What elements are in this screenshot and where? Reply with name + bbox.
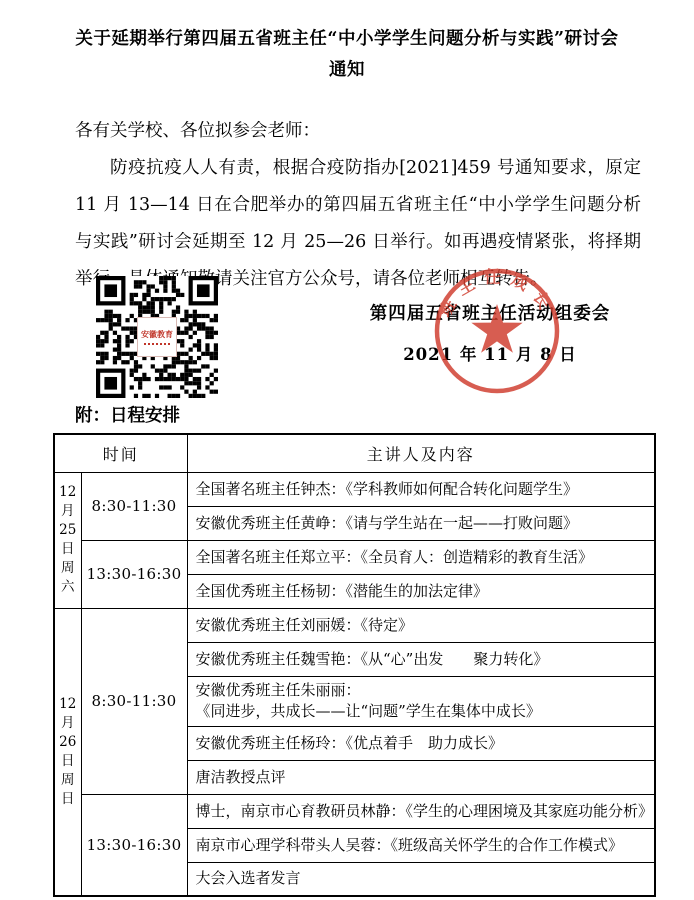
schedule-content-cell: 唐洁教授点评 <box>187 760 655 794</box>
schedule-content-cell: 全国著名班主任钟杰：《学科教师如何配合转化问题学生》 <box>187 472 655 506</box>
schedule-content-cell: 安徽优秀班主任魏雪艳：《从“心”出发 聚力转化》 <box>187 642 655 676</box>
attachment-heading: 附：日程安排 <box>75 402 180 427</box>
schedule-content-cell: 安徽优秀班主任刘丽媛：《待定》 <box>187 608 655 642</box>
schedule-time-cell: 8:30-11:30 <box>81 608 187 794</box>
schedule-content-cell: 博士，南京市心育教研员林静：《学生的心理困境及其家庭功能分析》 <box>187 794 655 828</box>
schedule-time-cell: 13:30-16:30 <box>81 540 187 608</box>
notice-document-page: 关于延期举行第四届五省班主任“中小学学生问题分析与实践”研讨会 通知 各有关学校… <box>0 0 694 900</box>
signature-date: 2021 年 11 月 8 日 <box>352 341 628 365</box>
schedule-content-cell: 全国优秀班主任杨韧：《潜能生的加法定律》 <box>187 574 655 608</box>
salutation: 各有关学校、各位拟参会老师： <box>75 113 641 150</box>
schedule-date-cell: 12月25日周六 <box>54 472 81 608</box>
body-line: 11 月 13—14 日在合肥举办的第四届五省班主任“中小学学生问题分析 <box>75 187 641 224</box>
wechat-qr-code: 安徽教育 <box>96 276 218 398</box>
schedule-table: 时间 主讲人及内容 12月25日周六8:30-11:30全国著名班主任钟杰：《学… <box>53 433 656 897</box>
schedule-content-cell: 安徽优秀班主任杨玲：《优点着手 助力成长》 <box>187 726 655 760</box>
schedule-time-cell: 8:30-11:30 <box>81 472 187 540</box>
schedule-content-cell: 安徽优秀班主任黄峥：《请与学生站在一起——打败问题》 <box>187 506 655 540</box>
schedule-content-cell: 全国著名班主任郑立平：《全员育人：创造精彩的教育生活》 <box>187 540 655 574</box>
qr-label-text: 安徽教育 <box>141 329 173 340</box>
schedule-header-content: 主讲人及内容 <box>187 434 655 472</box>
schedule-date-cell: 12月26日周日 <box>54 608 81 896</box>
schedule-row: 12月26日周日8:30-11:30安徽优秀班主任刘丽媛：《待定》 <box>54 608 655 642</box>
title-line-2: 通知 <box>30 55 664 86</box>
attachment-rest: ：日程安排 <box>93 406 181 426</box>
signature-block: 第四届五省班主任活动组委会 2021 年 11 月 8 日 <box>352 300 628 365</box>
schedule-header-time: 时间 <box>54 434 187 472</box>
schedule-row: 13:30-16:30博士，南京市心育教研员林静：《学生的心理困境及其家庭功能分… <box>54 794 655 828</box>
qr-signature-zone: 安徽教育 第四届五省班主任活动组委会 2021 年 11 月 8 日 班主任成长 <box>0 268 694 414</box>
title-line-1: 关于延期举行第四届五省班主任“中小学学生问题分析与实践”研讨会 <box>30 24 664 55</box>
schedule-table-wrap: 时间 主讲人及内容 12月25日周六8:30-11:30全国著名班主任钟杰：《学… <box>53 433 656 897</box>
qr-center-label: 安徽教育 <box>137 317 177 357</box>
schedule-content-cell: 大会入选者发言 <box>187 862 655 896</box>
signature-organization: 第四届五省班主任活动组委会 <box>352 300 628 325</box>
schedule-content-cell: 安徽优秀班主任朱丽丽： 《同进步，共成长——让“问题”学生在集体中成长》 <box>187 676 655 726</box>
body-line: 与实践”研讨会延期至 12 月 25—26 日举行。如再遇疫情紧张，将择期 <box>75 224 641 261</box>
schedule-content-cell: 南京市心理学科带头人吴蓉：《班级高关怀学生的合作工作模式》 <box>187 828 655 862</box>
schedule-header-row: 时间 主讲人及内容 <box>54 434 655 472</box>
schedule-row: 12月25日周六8:30-11:30全国著名班主任钟杰：《学科教师如何配合转化问… <box>54 472 655 506</box>
schedule-time-cell: 13:30-16:30 <box>81 794 187 896</box>
qr-label-underline <box>144 343 170 345</box>
document-title: 关于延期举行第四届五省班主任“中小学学生问题分析与实践”研讨会 通知 <box>30 24 664 86</box>
body-line: 防疫抗疫人人有责，根据合疫防指办[2021]459 号通知要求，原定 <box>75 150 641 187</box>
schedule-row: 13:30-16:30全国著名班主任郑立平：《全员育人：创造精彩的教育生活》 <box>54 540 655 574</box>
attachment-prefix: 附 <box>75 406 93 426</box>
